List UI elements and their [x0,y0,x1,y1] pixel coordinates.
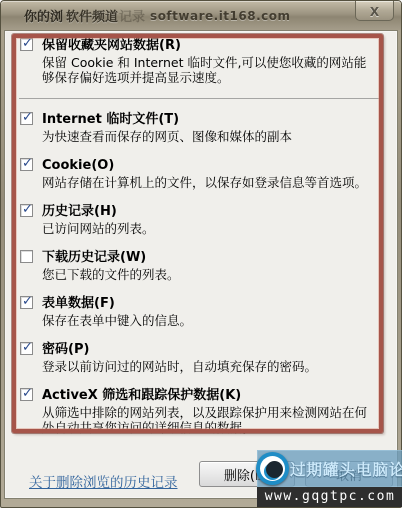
option-description: 登录以前访问过的网站时，自动填充保存的密码。 [42,359,374,374]
option-description: 您已下载的文件的列表。 [42,267,374,282]
option-checkbox[interactable] [20,204,33,217]
site-watermark-text: software.it168.com [150,9,290,23]
channel-watermark-text: 软件频道 [66,6,118,25]
forum-watermark: 过期罐头电脑论坛 www.gqgtpc.com [257,450,402,507]
title-bar: 你的浏 软件频道 记录 software.it168.com X [1,1,401,30]
history-option-row: 历史记录(H) 已访问网站的列表。 [20,203,374,236]
forum-watermark-banner: 过期罐头电脑论坛 [257,450,402,487]
option-checkbox[interactable] [20,112,33,125]
option-checkbox[interactable] [20,342,33,355]
close-button[interactable]: X [355,1,394,21]
delete-browsing-history-dialog: 你的浏 软件频道 记录 software.it168.com X 保留收藏夹网站… [0,0,402,508]
option-label[interactable]: 下载历史记录(W) [42,249,374,266]
title-faint-fragment: 记录 [119,6,145,25]
close-icon: X [370,5,379,19]
history-option-row: 下载历史记录(W) 您已下载的文件的列表。 [20,249,374,282]
dialog-title: 你的浏 [24,6,63,25]
option-description: 保留 Cookie 和 Internet 临时文件,可以使您收藏的网站能够保存偏… [42,55,374,85]
forum-url: www.gqgtpc.com [257,487,402,507]
history-option-row: ActiveX 筛选和跟踪保护数据(K) 从筛选中排除的网站列表，以及跟踪保护用… [20,387,374,435]
option-label[interactable]: 表单数据(F) [42,295,374,312]
option-description: 保存在表单中键入的信息。 [42,313,374,328]
option-label[interactable]: 保留收藏夹网站数据(R) [42,37,374,54]
option-description: 网站存储在计算机上的文件，以保存如登录信息等首选项。 [42,175,374,190]
option-checkbox[interactable] [20,38,33,51]
option-checkbox[interactable] [20,388,33,401]
about-delete-history-link[interactable]: 关于删除浏览的历史记录 [29,471,178,491]
history-option-row: 表单数据(F) 保存在表单中键入的信息。 [20,295,374,328]
history-option-row: 保留收藏夹网站数据(R) 保留 Cookie 和 Internet 临时文件,可… [20,37,374,85]
section-divider [19,98,382,99]
option-checkbox[interactable] [20,296,33,309]
option-label[interactable]: 密码(P) [42,341,374,358]
history-options-list: 保留收藏夹网站数据(R) 保留 Cookie 和 Internet 临时文件,可… [20,37,374,448]
option-checkbox[interactable] [20,250,33,263]
option-description: 从筛选中排除的网站列表，以及跟踪保护用来检测网站在何处自动共享您访问的详细信息的… [42,405,374,435]
option-label[interactable]: Internet 临时文件(T) [42,111,374,128]
history-option-row: Cookie(O) 网站存储在计算机上的文件，以保存如登录信息等首选项。 [20,157,374,190]
forum-logo-icon [256,452,289,485]
option-label[interactable]: Cookie(O) [42,157,374,174]
forum-name: 过期罐头电脑论坛 [290,458,402,480]
dialog-body: 保留收藏夹网站数据(R) 保留 Cookie 和 Internet 临时文件,可… [4,30,398,499]
history-option-row: Internet 临时文件(T) 为快速查看而保存的网页、图像和媒体的副本 [20,111,374,144]
option-label[interactable]: 历史记录(H) [42,203,374,220]
option-checkbox[interactable] [20,158,33,171]
option-description: 为快速查看而保存的网页、图像和媒体的副本 [42,129,374,144]
history-option-row: 密码(P) 登录以前访问过的网站时，自动填充保存的密码。 [20,341,374,374]
option-label[interactable]: ActiveX 筛选和跟踪保护数据(K) [42,387,374,404]
option-description: 已访问网站的列表。 [42,221,374,236]
